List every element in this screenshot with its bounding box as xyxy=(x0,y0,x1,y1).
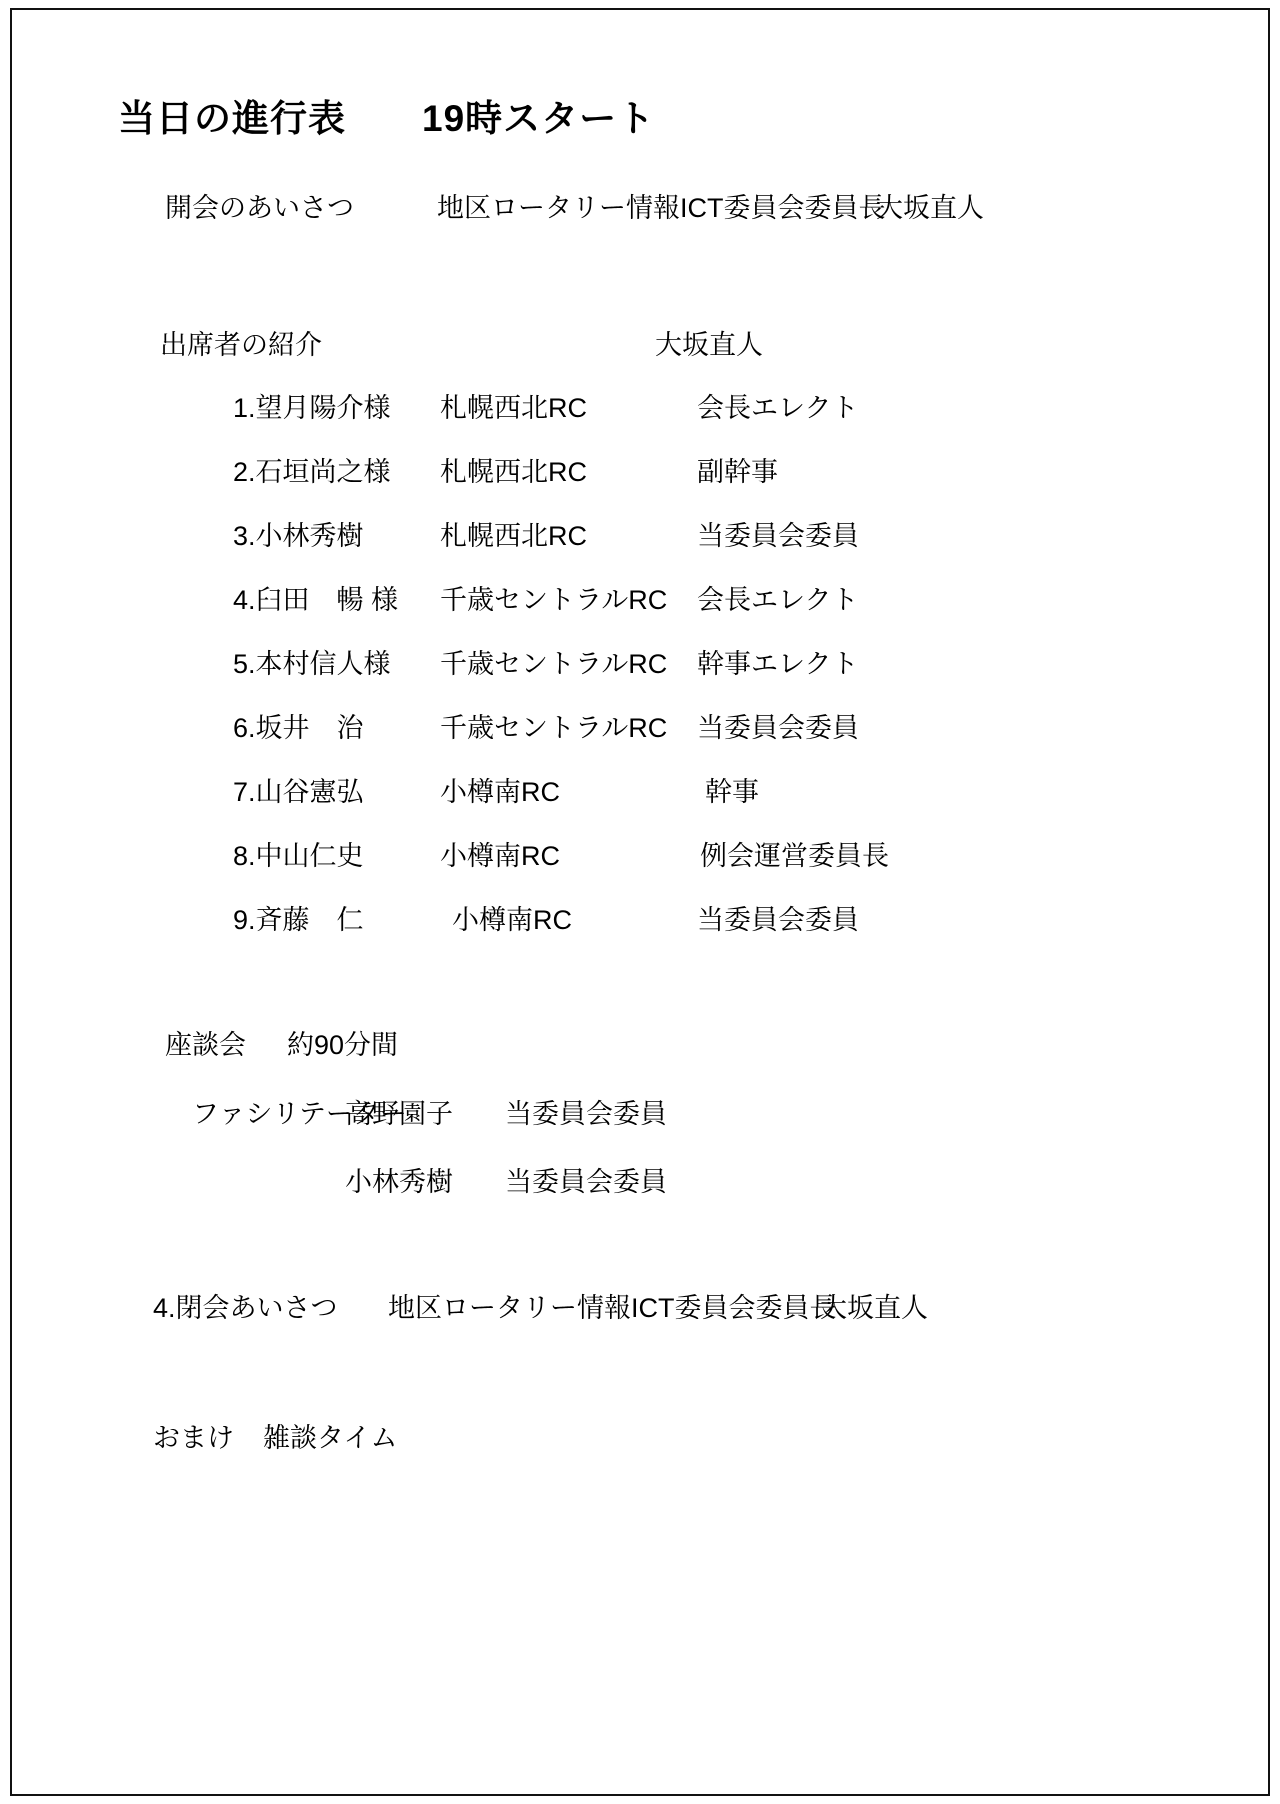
attendee-club: 小樽南RC xyxy=(440,777,560,808)
attendee-club: 小樽南RC xyxy=(440,841,560,872)
attendee-club: 札幌西北RC xyxy=(440,521,587,552)
attendee-row: 4.臼田 暢 様 千歳セントラルRC 会長エレクト xyxy=(0,585,1280,619)
attendee-name: 6.坂井 治 xyxy=(233,713,364,744)
roundtable-label: 座談会 xyxy=(165,1030,246,1061)
document-title: 当日の進行表 19時スタート xyxy=(118,98,655,141)
attendee-row: 5.本村信人様 千歳セントラルRC 幹事エレクト xyxy=(0,649,1280,683)
attendee-role: 幹事エレクト xyxy=(697,649,858,680)
attendees-presenter-name: 大坂直人 xyxy=(655,330,763,361)
attendee-role: 当委員会委員 xyxy=(697,905,859,936)
attendee-name: 9.斉藤 仁 xyxy=(233,905,364,936)
extra-label: おまけ xyxy=(153,1423,234,1454)
attendee-row: 8.中山仁史 小樽南RC 例会運営委員長 xyxy=(0,841,1280,875)
attendee-row: 1.望月陽介様 札幌西北RC 会長エレクト xyxy=(0,393,1280,427)
facilitator-name: 小林秀樹 xyxy=(345,1167,453,1198)
attendee-club: 小樽南RC xyxy=(452,905,572,936)
attendee-row: 9.斉藤 仁 小樽南RC 当委員会委員 xyxy=(0,905,1280,939)
opening-greeting-label: 開会のあいさつ xyxy=(165,193,354,224)
attendee-club: 千歳セントラルRC xyxy=(440,585,667,616)
attendee-name: 2.石垣尚之様 xyxy=(233,457,391,488)
attendee-role: 会長エレクト xyxy=(697,393,858,424)
attendee-row: 6.坂井 治 千歳セントラルRC 当委員会委員 xyxy=(0,713,1280,747)
attendee-name: 8.中山仁史 xyxy=(233,841,364,872)
closing-person-name: 大坂直人 xyxy=(820,1293,928,1324)
attendee-row: 3.小林秀樹 札幌西北RC 当委員会委員 xyxy=(0,521,1280,555)
attendee-club: 千歳セントラルRC xyxy=(440,713,667,744)
attendee-row: 7.山谷憲弘 小樽南RC 幹事 xyxy=(0,777,1280,811)
attendee-role: 副幹事 xyxy=(697,457,778,488)
attendee-name: 7.山谷憲弘 xyxy=(233,777,364,808)
attendee-role: 当委員会委員 xyxy=(697,713,859,744)
attendee-club: 札幌西北RC xyxy=(440,393,587,424)
page-border-frame xyxy=(10,8,1270,1796)
roundtable-duration: 約90分間 xyxy=(287,1030,398,1061)
opening-position-title: 地区ロータリー情報ICT委員会委員長 xyxy=(437,193,886,224)
attendee-role: 当委員会委員 xyxy=(697,521,859,552)
attendee-name: 1.望月陽介様 xyxy=(233,393,391,424)
facilitator-role: 当委員会委員 xyxy=(505,1167,667,1198)
attendee-role: 幹事 xyxy=(705,777,759,808)
opening-person-name: 大坂直人 xyxy=(876,193,984,224)
facilitator-role: 当委員会委員 xyxy=(505,1099,667,1130)
attendees-heading: 出席者の紹介 xyxy=(160,330,322,361)
attendee-name: 5.本村信人様 xyxy=(233,649,391,680)
attendee-role: 会長エレクト xyxy=(697,585,858,616)
attendee-name: 3.小林秀樹 xyxy=(233,521,364,552)
attendee-role: 例会運営委員長 xyxy=(700,841,889,872)
closing-greeting-label: 4.閉会あいさつ xyxy=(153,1293,338,1324)
attendee-row: 2.石垣尚之様 札幌西北RC 副幹事 xyxy=(0,457,1280,491)
attendee-club: 札幌西北RC xyxy=(440,457,587,488)
closing-position-title: 地区ロータリー情報ICT委員会委員長 xyxy=(388,1293,837,1324)
extra-content: 雑談タイム xyxy=(263,1423,397,1454)
facilitator-name: 高野園子 xyxy=(345,1099,453,1130)
attendee-club: 千歳セントラルRC xyxy=(440,649,667,680)
attendee-name: 4.臼田 暢 様 xyxy=(233,585,398,616)
document-page: 当日の進行表 19時スタート 開会のあいさつ 地区ロータリー情報ICT委員会委員… xyxy=(0,0,1280,1804)
